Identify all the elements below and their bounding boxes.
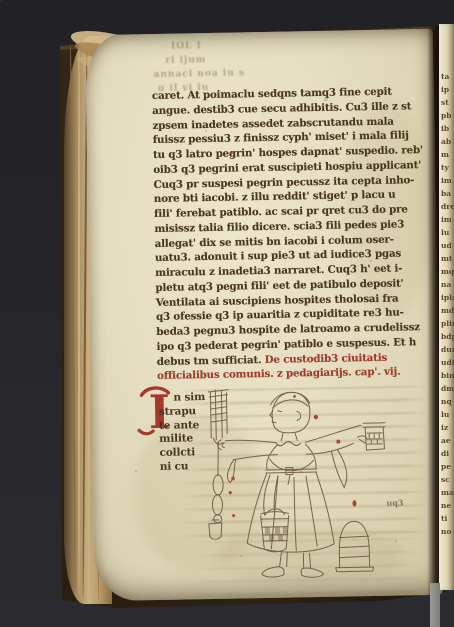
facing-page-text-row: mq [441, 265, 454, 278]
text-line-ink: debus tm sufficiat. [157, 353, 265, 367]
facing-page-text-row: ipla [441, 291, 454, 304]
facing-page-text-row: im [441, 213, 454, 226]
facing-page-text-row: st [441, 96, 454, 109]
show-through-line: annaci noa iu s [153, 68, 245, 80]
show-through-lines [179, 385, 430, 542]
facing-page-text-column: taipstpbibabmtyimbadreimluudmtmqnaiplamd… [439, 24, 454, 538]
facing-page-text-row: mt [441, 252, 454, 265]
facing-page-text-row: ma [441, 486, 454, 499]
facing-page-text-row: ab [441, 135, 454, 148]
facing-page-text-row: nq [441, 395, 454, 408]
facing-page-text-row: dre [441, 200, 454, 213]
rubric-text: officialibus comunis. z pedagiarijs. cap… [157, 366, 401, 382]
facing-page-text-row: plim [441, 317, 454, 330]
facing-page-text-row: udi [441, 356, 454, 369]
red-ink-speck [230, 151, 233, 154]
facing-page-text-row: im [441, 174, 454, 187]
facing-page-text-row: m [441, 148, 454, 161]
facing-page-text-row: pb [441, 109, 454, 122]
facing-page-text-row: na [441, 278, 454, 291]
facing-page-text-row: ib [441, 122, 454, 135]
facing-page-text-row: ud [441, 239, 454, 252]
manuscript-page: IOL Iri ijumannaci noa iu su il vi lu ca… [85, 29, 443, 601]
show-through-lines [190, 537, 421, 599]
show-through-line: IOL I [171, 41, 202, 52]
facing-page-text-row: ae [441, 434, 454, 447]
facing-page-text-row: ty [441, 161, 454, 174]
facing-page-text-row: di [441, 447, 454, 460]
text-block: caret. At poimaclu sedqns tamq3 fine cep… [152, 84, 433, 384]
foxing-dots [0, 0, 2, 2]
facing-page-text-row: bino [441, 369, 454, 382]
leaf-edge-line [78, 40, 80, 596]
facing-page-text-row: no [441, 525, 454, 538]
facing-page-text-row: iz [441, 421, 454, 434]
facing-page-text-row: pe [441, 460, 454, 473]
show-through-line: ri ijum [165, 55, 206, 66]
facing-page-text-row: ta [441, 70, 454, 83]
facing-page-text-row: lu [441, 226, 454, 239]
margin-note: uq3 [386, 497, 403, 507]
bookmark-strip [430, 583, 440, 627]
facing-page-text-row: ti [441, 512, 454, 525]
facing-page-text-row: dm [441, 382, 454, 395]
facing-page-text-row: mdi [441, 304, 454, 317]
facing-page-text-row: dum [441, 343, 454, 356]
rubric-text: De custodib3 ciuitatis [265, 351, 388, 365]
facing-page-text-row: ip [441, 83, 454, 96]
facing-page-text-row: sc [441, 473, 454, 486]
facing-page-text-row: lu [441, 408, 454, 421]
facing-page-text-row: bdp [441, 330, 454, 343]
facing-page-text-row: ba [441, 187, 454, 200]
photo-background: IOL Iri ijumannaci noa iu su il vi lu ca… [0, 0, 454, 627]
facing-page-edge: taipstpbibabmtyimbadreimluudmtmqnaiplamd… [439, 24, 454, 590]
facing-page-text-row: ne [441, 499, 454, 512]
show-through-top: IOL Iri ijumannaci noa iu su il vi lu [85, 29, 433, 35]
